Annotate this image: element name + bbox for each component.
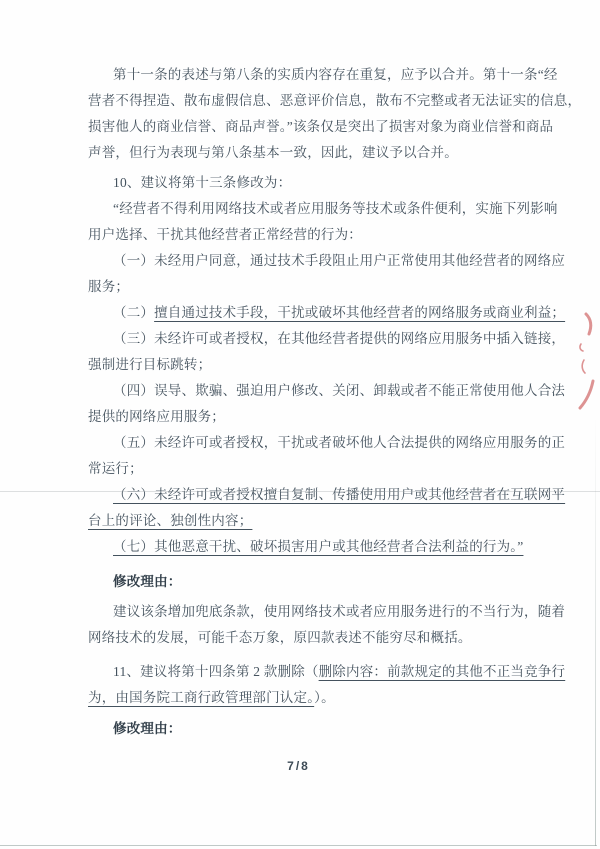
- text-segment: 提供的网络应用服务；: [88, 409, 225, 424]
- text-segment: 建议该条增加兜底条款，使用网络技术或者应用服务进行的不当行为，随着: [113, 604, 565, 619]
- text-segment: 损害他人的商业信誉、商品声誉。”该条仅是突出了损害对象为商业信誉和商品: [88, 119, 553, 134]
- text-line: 用户选择、干扰其他经营者正常经营的行为：: [88, 222, 548, 248]
- text-segment: ）。: [314, 690, 335, 705]
- text-segment: 11、建议将第十四条第 2 款删除（: [113, 664, 319, 679]
- text-line: （五）未经许可或者授权，干扰或者破坏他人合法提供的网络应用服务的正: [88, 430, 548, 456]
- text-line: （二）擅自通过技术手段，干扰或破坏其他经营者的网络服务或商业利益；: [88, 300, 548, 326]
- text-line: 10、建议将第十三条修改为：: [88, 170, 548, 196]
- text-segment: 修改理由：: [113, 721, 182, 736]
- text-line: “经营者不得利用网络技术或者应用服务等技术或条件便利，实施下列影响: [88, 196, 548, 222]
- text-segment: 10、建议将第十三条修改为：: [113, 175, 291, 190]
- page-edge-bottom: [0, 845, 597, 846]
- text-line: 网络技术的发展，可能千态万象，原四款表述不能穷尽和概括。: [88, 625, 548, 651]
- underlined-text-segment: （六）未经许可或者授权擅自复制、传播使用用户或其他经营者在互联网平: [113, 487, 565, 502]
- page-number: 7/8: [0, 759, 597, 773]
- underlined-text-segment: （七）其他恶意干扰、破坏损害用户或其他经营者合法利益的行为。”: [113, 539, 523, 554]
- text-line: 建议该条增加兜底条款，使用网络技术或者应用服务进行的不当行为，随着: [88, 599, 548, 625]
- text-segment: 常运行；: [88, 461, 143, 476]
- text-line: 提供的网络应用服务；: [88, 404, 548, 430]
- text-line: （一）未经用户同意，通过技术手段阻止用户正常使用其他经营者的网络应: [88, 248, 548, 274]
- text-segment: 声誉，但行为表现与第八条基本一致，因此，建议予以合并。: [88, 145, 458, 160]
- text-segment: 第十一条的表述与第八条的实质内容存在重复，应予以合并。第十一条“经: [113, 67, 558, 82]
- text-segment: （一）未经用户同意，通过技术手段阻止用户正常使用其他经营者的网络应: [113, 253, 565, 268]
- text-segment: “经营者不得利用网络技术或者应用服务等技术或条件便利，实施下列影响: [113, 201, 558, 216]
- text-line: （三）未经许可或者授权，在其他经营者提供的网络应用服务中插入链接，: [88, 326, 548, 352]
- text-segment: 强制进行目标跳转；: [88, 357, 211, 372]
- text-line: 强制进行目标跳转；: [88, 352, 548, 378]
- text-line: （六）未经许可或者授权擅自复制、传播使用用户或其他经营者在互联网平: [88, 482, 548, 508]
- red-ink-stroke: [586, 314, 591, 334]
- underlined-text-segment: 为，由国务院工商行政管理部门认定。: [88, 690, 314, 705]
- text-line: （七）其他恶意干扰、破坏损害用户或其他经营者合法利益的行为。”: [88, 534, 548, 560]
- text-line: 11、建议将第十四条第 2 款删除（删除内容：前款规定的其他不正当竞争行: [88, 659, 548, 685]
- text-line: 服务；: [88, 274, 548, 300]
- scan-crease-line: [0, 491, 600, 492]
- text-segment: 修改理由：: [113, 574, 182, 589]
- document-body: 第十一条的表述与第八条的实质内容存在重复，应予以合并。第十一条“经营者不得捏造、…: [88, 62, 548, 742]
- page-edge-right: [595, 415, 596, 846]
- text-line: 损害他人的商业信誉、商品声誉。”该条仅是突出了损害对象为商业信誉和商品: [88, 114, 548, 140]
- underlined-text-segment: 擅自通过技术手段，干扰或破坏其他经营者的网络服务或商业利益；: [154, 305, 565, 320]
- text-segment: （三）未经许可或者授权，在其他经营者提供的网络应用服务中插入链接，: [113, 331, 565, 346]
- underlined-text-segment: 删除内容：前款规定的其他不正当竞争行: [319, 664, 566, 679]
- text-line: 营者不得捏造、散布虚假信息、恶意评价信息，散布不完整或者无法证实的信息，: [88, 88, 548, 114]
- underlined-text-segment: 台上的评论、独创性内容；: [88, 513, 252, 528]
- text-segment: 用户选择、干扰其他经营者正常经营的行为：: [88, 227, 362, 242]
- red-ink-tick: [580, 344, 583, 351]
- text-line: 第十一条的表述与第八条的实质内容存在重复，应予以合并。第十一条“经: [88, 62, 548, 88]
- scanned-document-page: 第十一条的表述与第八条的实质内容存在重复，应予以合并。第十一条“经营者不得捏造、…: [0, 0, 600, 849]
- text-line: 台上的评论、独创性内容；: [88, 508, 548, 534]
- text-segment: 服务；: [88, 279, 129, 294]
- red-ink-annotation: [572, 303, 600, 421]
- text-line: 常运行；: [88, 456, 548, 482]
- text-segment: （四）误导、欺骗、强迫用户修改、关闭、卸载或者不能正常使用他人合法: [113, 383, 565, 398]
- text-segment: （二）: [113, 305, 154, 320]
- red-ink-stroke: [580, 381, 593, 408]
- text-line: 修改理由：: [88, 569, 548, 595]
- text-segment: 网络技术的发展，可能千态万象，原四款表述不能穷尽和概括。: [88, 630, 472, 645]
- text-line: （四）误导、欺骗、强迫用户修改、关闭、卸载或者不能正常使用他人合法: [88, 378, 548, 404]
- text-line: 修改理由：: [88, 716, 548, 742]
- red-ink-squiggle: [582, 360, 585, 373]
- text-segment: （五）未经许可或者授权，干扰或者破坏他人合法提供的网络应用服务的正: [113, 435, 565, 450]
- text-line: 为，由国务院工商行政管理部门认定。）。: [88, 685, 548, 711]
- text-line: 声誉，但行为表现与第八条基本一致，因此，建议予以合并。: [88, 140, 548, 166]
- text-segment: 营者不得捏造、散布虚假信息、恶意评价信息，散布不完整或者无法证实的信息，: [88, 93, 581, 108]
